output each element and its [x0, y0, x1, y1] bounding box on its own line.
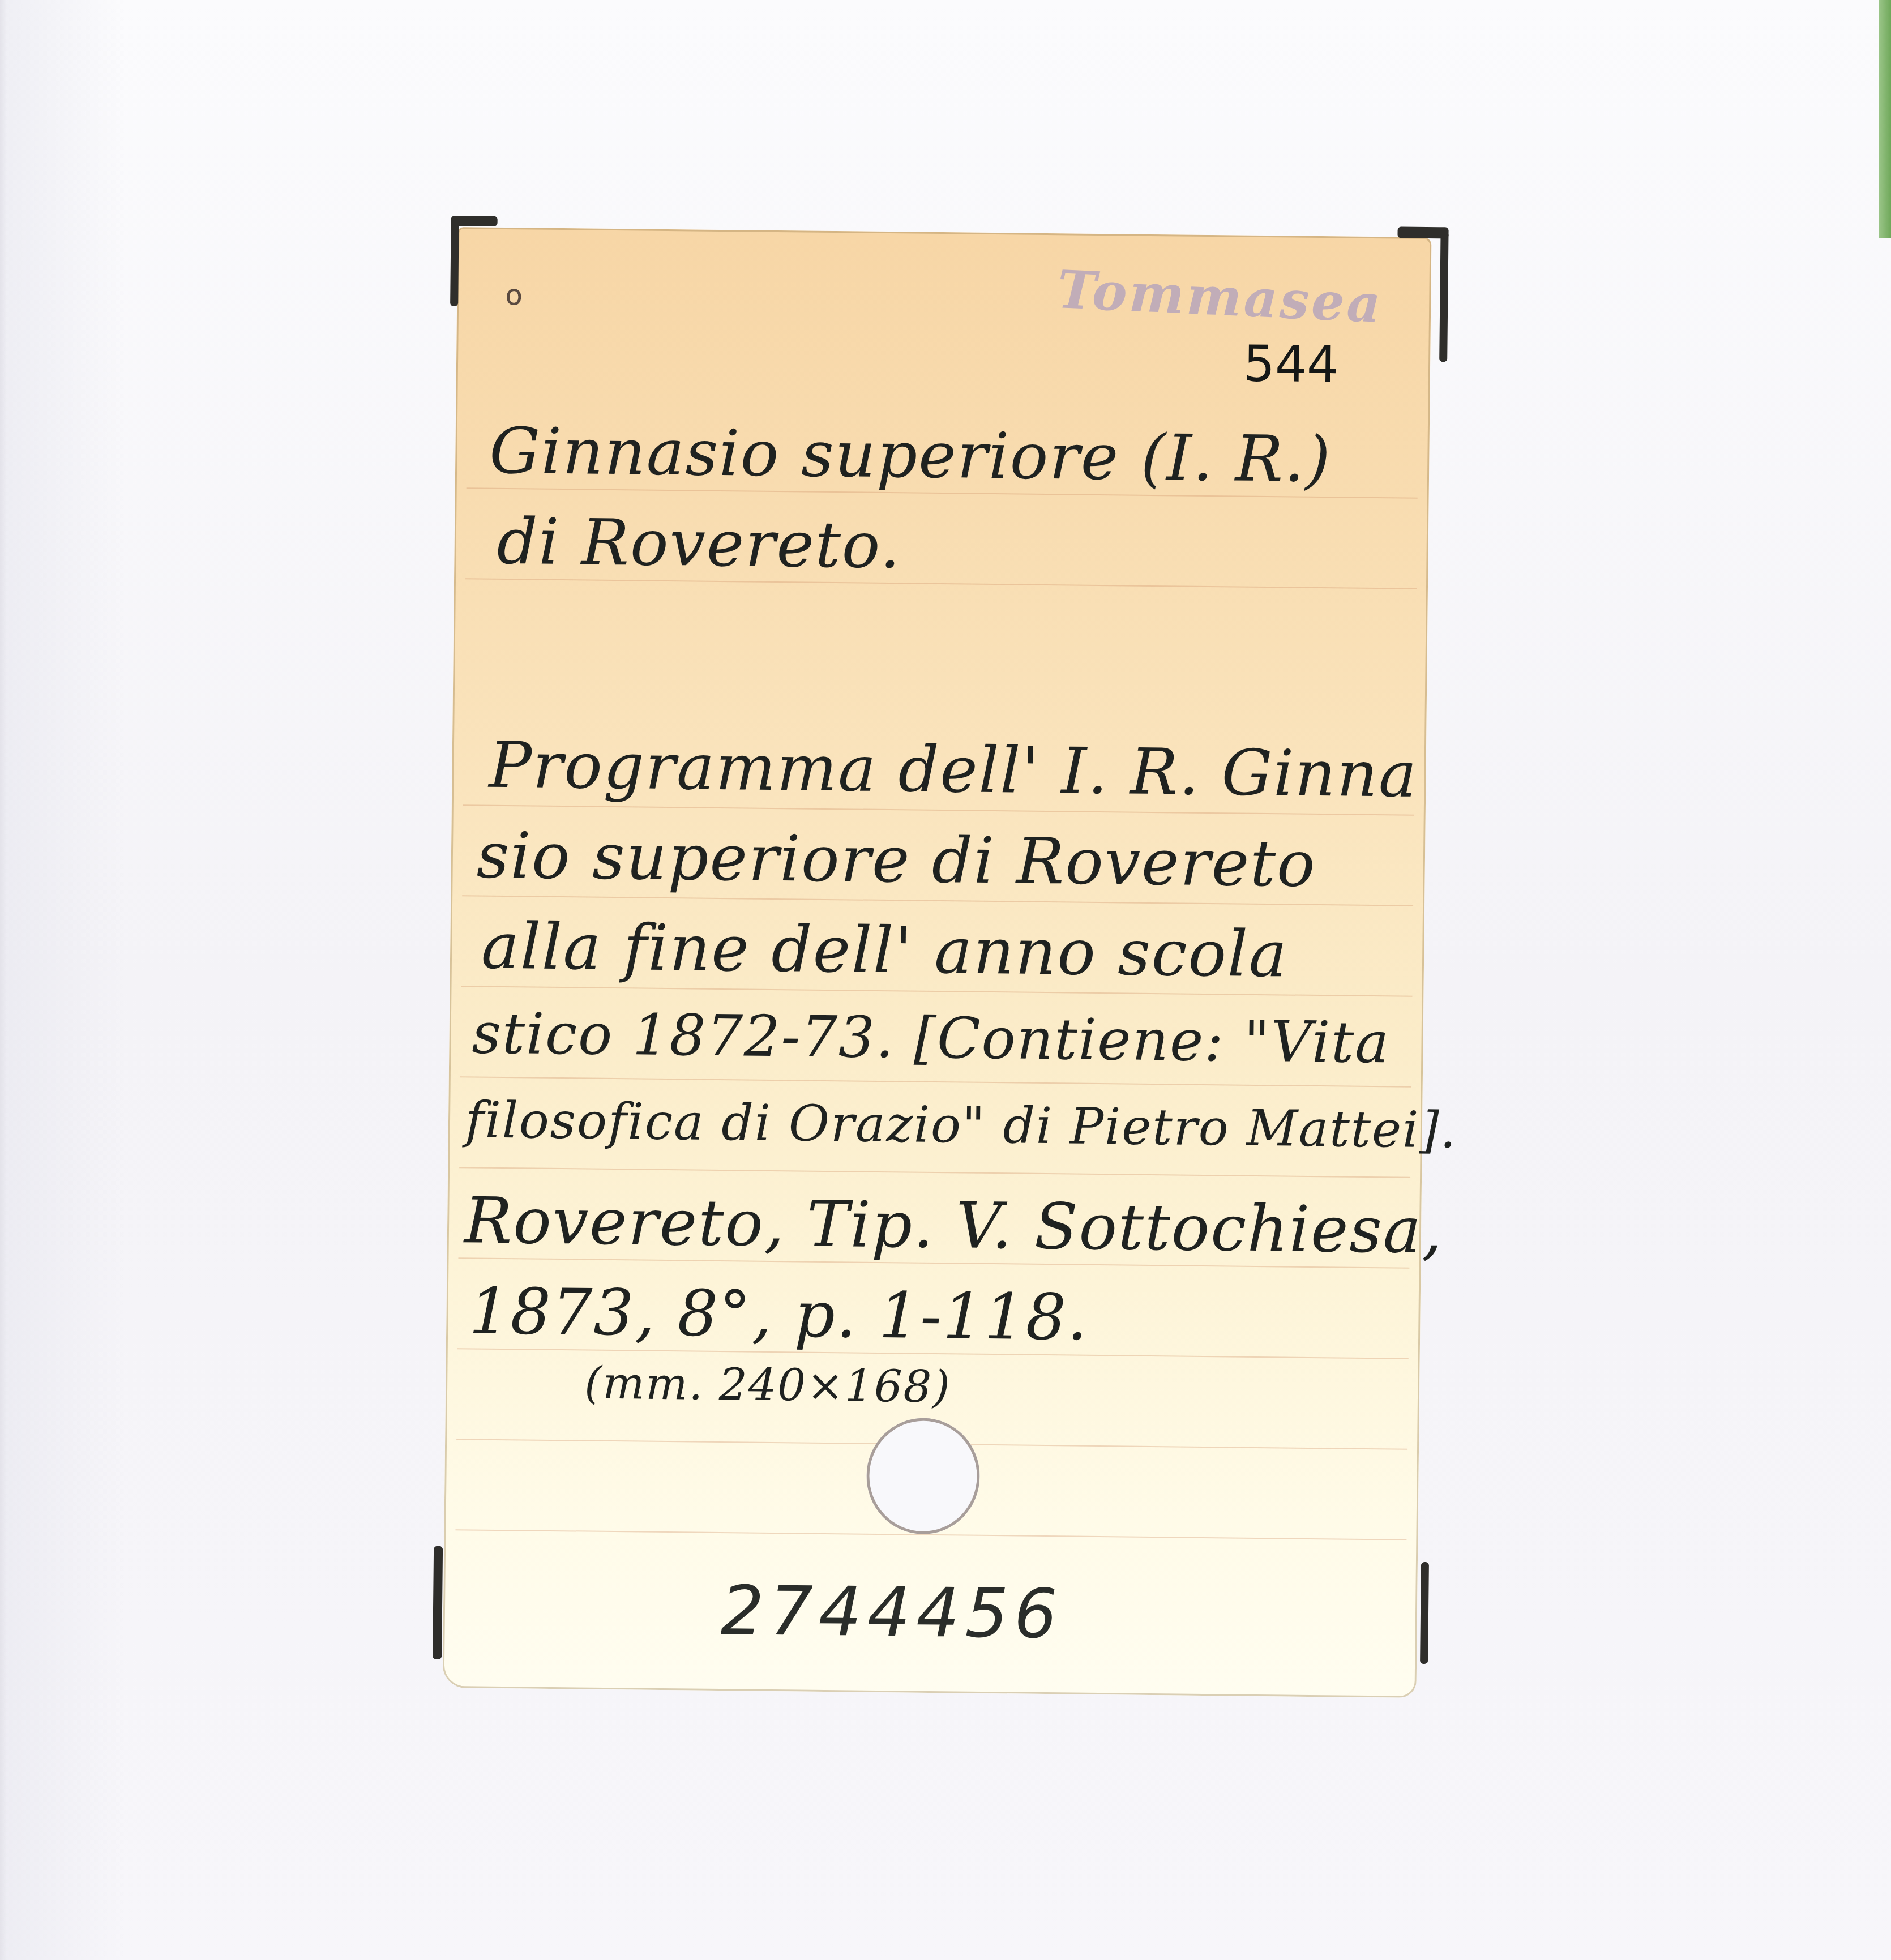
- scan-edge-green-strip: [1879, 0, 1891, 238]
- ruled-line: [465, 578, 1417, 589]
- description-line-3: alla fine dell' anno scola: [481, 910, 1289, 992]
- shelf-mark: 544: [1243, 335, 1339, 394]
- library-stamp: Tommasea: [1056, 259, 1384, 335]
- imprint-line-2: 1873, 8°, p. 1-118.: [469, 1274, 1089, 1354]
- description-line-1: Programma dell' I. R. Ginna: [489, 729, 1418, 812]
- accession-number: 2744456: [720, 1572, 1063, 1654]
- description-line-2: sio superiore di Rovereto: [476, 819, 1316, 901]
- scan-edge-shadow: [0, 0, 7, 1960]
- dimensions-note: (mm. 240×168): [584, 1358, 951, 1413]
- corner-clip-top-left-tab: [452, 216, 498, 226]
- heading-line-1: Ginnasio superiore (I. R.): [489, 414, 1332, 497]
- description-line-4: stico 1872-73. [Contiene: "Vita: [472, 1000, 1391, 1076]
- corner-clip-bottom-left: [433, 1546, 443, 1659]
- ruled-line: [460, 1076, 1411, 1088]
- imprint-line-1: Rovereto, Tip. V. Sottochiesa,: [464, 1184, 1443, 1268]
- corner-clip-top-left: [450, 216, 459, 306]
- description-line-5: filosofica di Orazio" di Pietro Mattei].: [465, 1090, 1458, 1159]
- card-punch-hole: [866, 1418, 980, 1535]
- catalog-card: o Tommasea 544 Ginnasio superiore (I. R.…: [443, 227, 1432, 1698]
- ruled-line: [459, 1167, 1410, 1178]
- corner-clip-top-right-tab: [1397, 226, 1448, 238]
- heading-line-2: di Rovereto.: [497, 505, 902, 583]
- corner-mark: o: [505, 279, 523, 311]
- corner-clip-bottom-right: [1420, 1562, 1429, 1664]
- corner-clip-top-right: [1439, 232, 1448, 362]
